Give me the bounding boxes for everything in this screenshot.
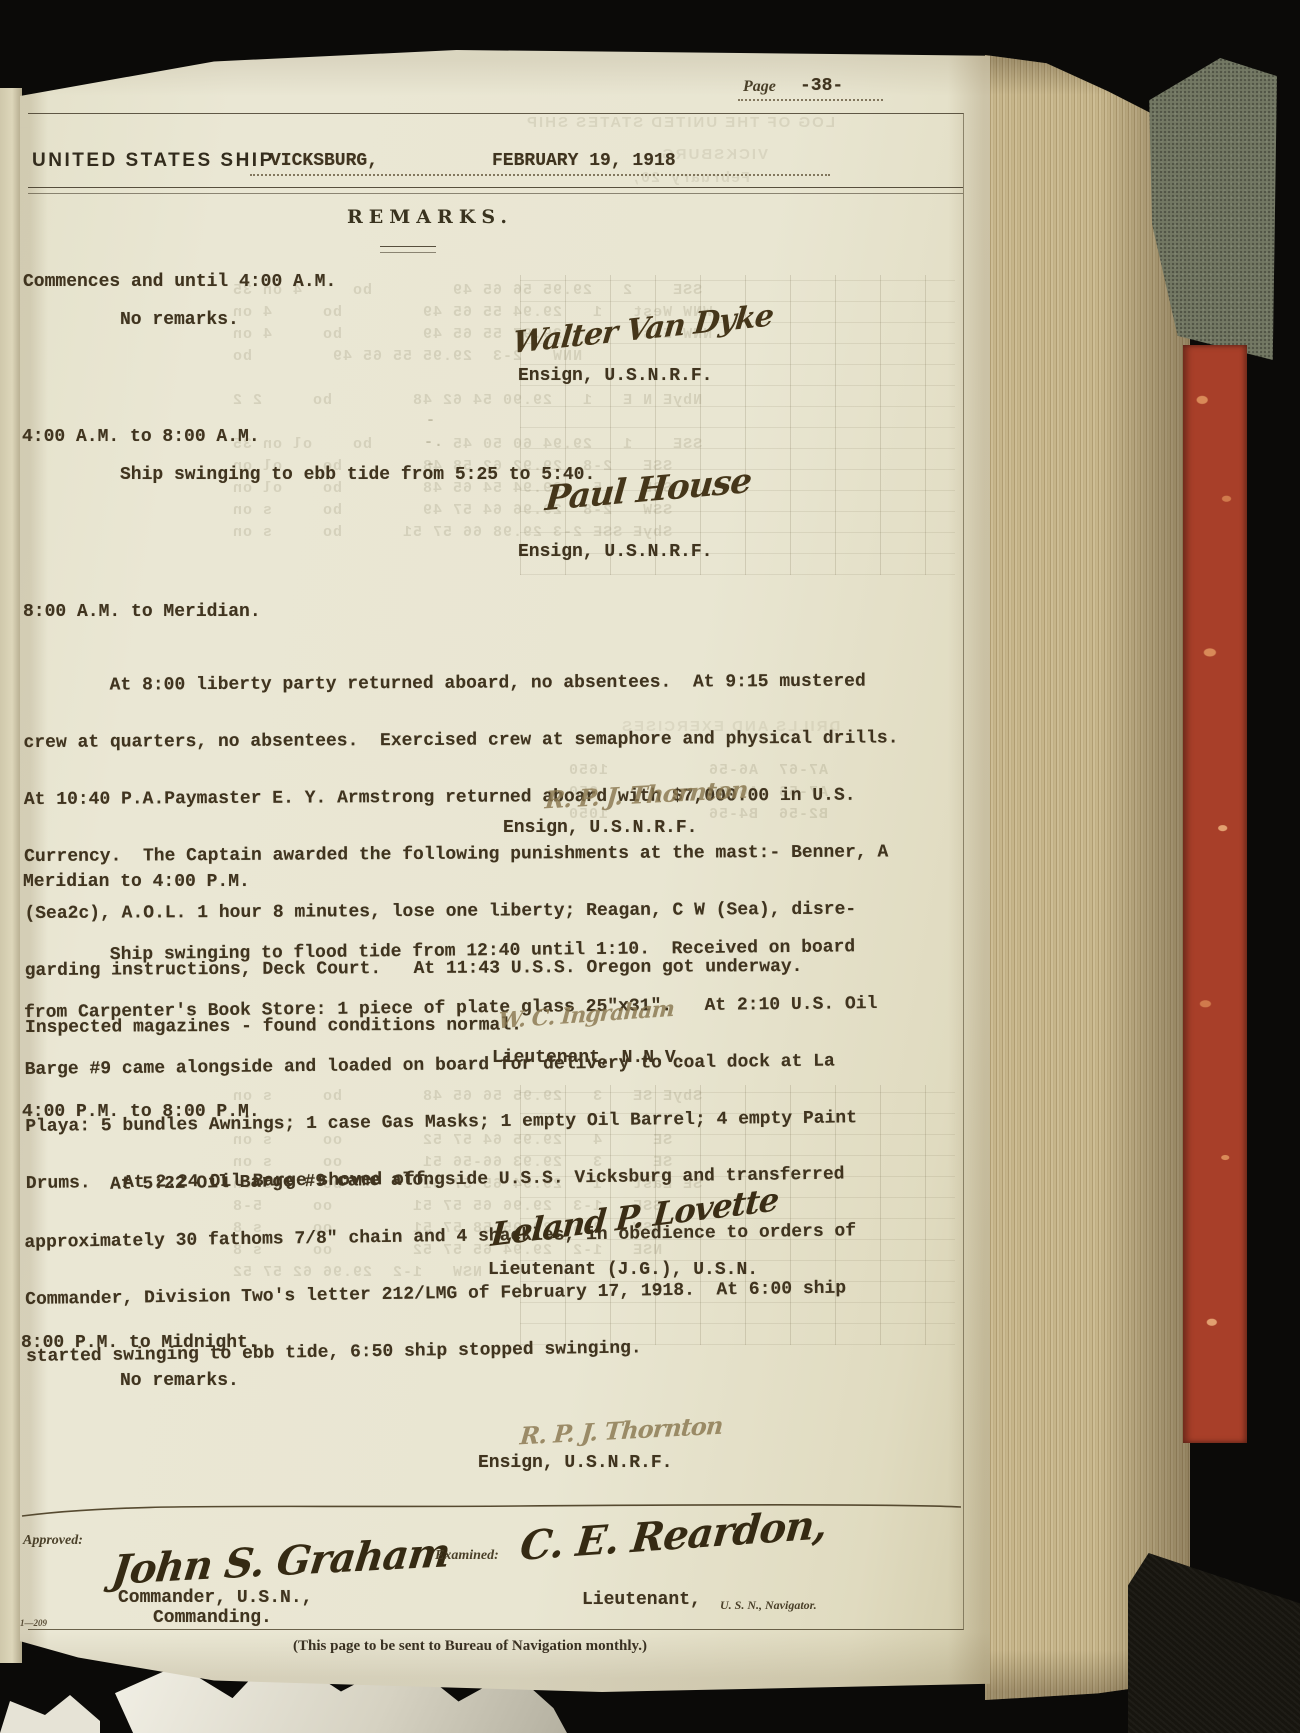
entry-3-heading: 8:00 A.M. to Meridian. — [23, 602, 261, 623]
form-number: 1—209 — [20, 1618, 47, 1628]
examined-label: Examined: — [435, 1548, 499, 1564]
entry-1-heading: Commences and until 4:00 A.M. — [23, 272, 336, 293]
approved-title-line1: Commander, U.S.N., — [118, 1588, 312, 1609]
header-double-rule — [28, 187, 963, 194]
ship-label: UNITED STATES SHIP — [32, 150, 275, 172]
book-cover-bottom-corner — [1128, 1553, 1300, 1733]
entry-1-signature-title: Ensign, U.S.N.R.F. — [518, 366, 712, 387]
entry-2-signature-title: Ensign, U.S.N.R.F. — [518, 542, 712, 563]
book-page-edges — [985, 55, 1190, 1700]
entry-4-heading: Meridian to 4:00 P.M. — [23, 872, 250, 893]
entry-5-heading: 4:00 P.M. to 8:00 P.M. — [22, 1102, 260, 1123]
page-label: Page — [743, 78, 776, 96]
entry-2-line: Ship swinging to ebb tide from 5:25 to 5… — [120, 465, 595, 486]
entry-6-line: No remarks. — [120, 1371, 239, 1392]
entry-1-line: No remarks. — [120, 310, 239, 331]
entry-3-line: crew at quarters, no absentees. Exercise… — [23, 728, 898, 754]
page-number-leader — [738, 97, 883, 101]
entry-4-signature-title: Lieutenant, N.N.V. — [492, 1048, 686, 1069]
entry-3-signature-title: Ensign, U.S.N.R.F. — [503, 818, 697, 839]
examined-title-suffix: U. S. N., Navigator. — [720, 1598, 817, 1613]
log-page: LOG OF THE UNITED STATES SHIP VICKSBURG … — [20, 50, 990, 1692]
approved-title-line2: Commanding. — [153, 1608, 272, 1629]
entry-5-line: Commander, Division Two's letter 212/LMG… — [25, 1278, 857, 1311]
page-number: -38- — [800, 76, 843, 97]
footer-note: (This page to be sent to Bureau of Navig… — [225, 1638, 715, 1655]
examined-title: Lieutenant, — [582, 1590, 701, 1611]
entry-3-line: At 10:40 P.A.Paymaster E. Y. Armstrong r… — [24, 785, 899, 811]
entry-4-line: Ship swinging to flood tide from 12:40 u… — [23, 937, 877, 967]
ship-line-rule — [250, 172, 830, 176]
entry-4-line: from Carpenter's Book Store: 1 piece of … — [24, 994, 878, 1024]
underlying-page-edge — [0, 88, 22, 1663]
entry-6-heading: 8:00 P.M. to Midnight. — [21, 1333, 259, 1354]
photo-background: LOG OF THE UNITED STATES SHIP VICKSBURG … — [0, 0, 1300, 1733]
book-cover-marbled-red — [1183, 345, 1247, 1443]
entry-2-heading: 4:00 A.M. to 8:00 A.M. — [22, 427, 260, 448]
approved-label: Approved: — [23, 1533, 83, 1549]
crumpled-paper-scrap-small — [0, 1693, 100, 1733]
entry-5-line: approximately 30 fathoms 7/8" chain and … — [24, 1221, 856, 1254]
entry-4-line: Barge #9 came alongside and loaded on bo… — [25, 1051, 879, 1081]
ship-name: VICKSBURG, — [270, 151, 378, 172]
entry-5-signature-title: Lieutenant (J.G.), U.S.N. — [488, 1260, 758, 1281]
remarks-underline — [380, 246, 436, 253]
remarks-title: REMARKS. — [320, 206, 540, 228]
entry-3-line: At 8:00 liberty party returned aboard, n… — [23, 671, 898, 697]
entry-3-line: Currency. The Captain awarded the follow… — [24, 842, 899, 868]
log-date: FEBRUARY 19, 1918 — [492, 151, 676, 172]
entry-6-signature-title: Ensign, U.S.N.R.F. — [478, 1453, 672, 1474]
